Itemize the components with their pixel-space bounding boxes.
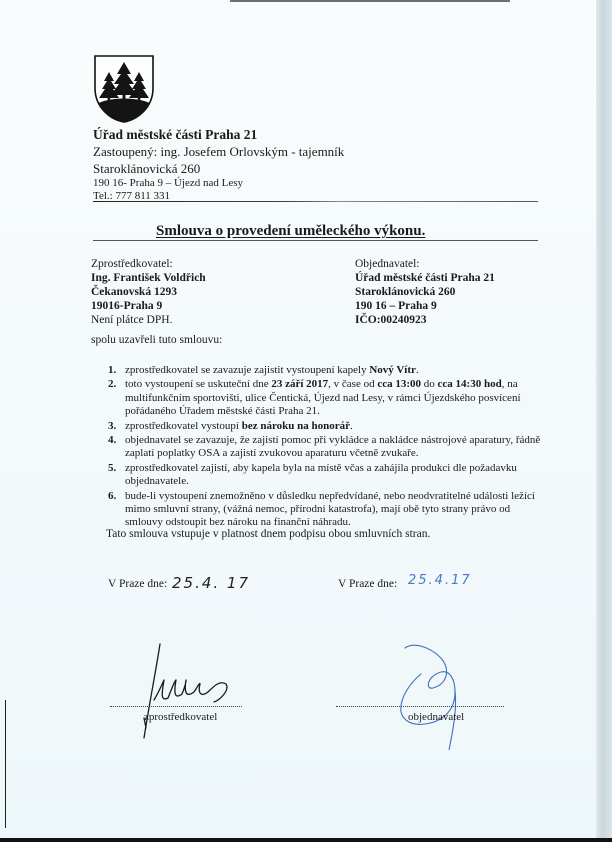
scan-edge-left	[5, 700, 6, 828]
clause-emphasis: cca 13:00	[377, 378, 421, 390]
title-rule	[93, 240, 538, 241]
clause-text: .	[350, 420, 353, 432]
issuer-street: Staroklánovická 260	[93, 161, 200, 177]
clause-item: 4.objednavatel se zavazuje, že zajistí p…	[108, 434, 548, 461]
clause-item: 5.zprostředkovatel zajistí, aby kapela b…	[108, 462, 548, 489]
clause-text: bude-li vystoupení znemožněno v důsledku…	[125, 490, 535, 529]
header-divider	[93, 201, 538, 202]
clause-number: 5.	[108, 462, 116, 475]
clause-number: 3.	[108, 420, 116, 433]
clause-text: zprostředkovatel zajistí, aby kapela byl…	[125, 462, 517, 487]
client-signature-line	[336, 706, 504, 707]
client-ico: IČO:00240923	[355, 313, 495, 327]
client-date-label: V Praze dne:	[338, 578, 397, 590]
clause-number: 2.	[108, 378, 116, 391]
clause-item: 3.zprostředkovatel vystoupí bez nároku n…	[108, 420, 548, 433]
client-city: 190 16 – Praha 9	[355, 299, 495, 313]
party-agent: Zprostředkovatel: Ing. František Voldřic…	[91, 257, 206, 327]
contract-page: Úřad městské části Praha 21 Zastoupený: …	[0, 0, 612, 842]
clause-emphasis: bez nároku na honorář	[242, 420, 350, 432]
contract-title: Smlouva o provedení uměleckého výkonu.	[152, 223, 429, 240]
agent-label: Zprostředkovatel:	[91, 257, 206, 271]
agent-signature-label: zprostředkovatel	[144, 711, 217, 723]
client-signature-icon	[385, 640, 470, 750]
client-street: Staroklánovická 260	[355, 285, 495, 299]
issuer-representative: Zastoupený: ing. Josefem Orlovským - taj…	[93, 144, 344, 160]
clause-text: zprostředkovatel vystoupí	[125, 420, 242, 432]
agent-vat-note: Není plátce DPH.	[91, 313, 206, 327]
party-client: Objednavatel: Úřad městské části Praha 2…	[355, 257, 495, 327]
scan-edge-top	[230, 0, 510, 2]
agent-date-label: V Praze dne:	[108, 578, 167, 590]
agent-signature-icon	[140, 640, 250, 740]
clause-text: do	[421, 378, 438, 390]
client-handwritten-date: 25.4.17	[408, 573, 472, 588]
clause-text: , v čase od	[328, 378, 377, 390]
agent-street: Čekanovská 1293	[91, 285, 206, 299]
scan-edge-right	[596, 0, 612, 842]
clause-item: 2.toto vystoupení se uskuteční dne 23 zá…	[108, 378, 548, 418]
clause-text: toto vystoupení se uskuteční dne	[125, 378, 271, 390]
clause-number: 6.	[108, 490, 116, 503]
clause-emphasis: cca 14:30 hod	[438, 378, 502, 390]
clause-list: 1.zprostředkovatel se zavazuje zajistit …	[108, 364, 548, 531]
agent-signature-line	[110, 706, 242, 707]
validity-statement: Tato smlouva vstupuje v platnost dnem po…	[106, 528, 430, 540]
clause-text: objednavatel se zavazuje, že zajistí pom…	[125, 434, 540, 459]
agent-city: 19016-Praha 9	[91, 299, 206, 313]
clause-item: 6.bude-li vystoupení znemožněno v důsled…	[108, 490, 548, 530]
issuer-city: 190 16- Praha 9 – Újezd nad Lesy	[93, 177, 243, 189]
clause-number: 1.	[108, 364, 116, 377]
clause-item: 1.zprostředkovatel se zavazuje zajistit …	[108, 364, 548, 377]
contract-intro: spolu uzavřeli tuto smlouvu:	[91, 334, 222, 346]
clause-number: 4.	[108, 434, 116, 447]
client-name: Úřad městské části Praha 21	[355, 271, 495, 285]
scan-edge-bottom	[0, 838, 612, 842]
clause-emphasis: 23 září 2017	[271, 378, 328, 390]
clause-text: .	[416, 364, 419, 376]
clause-text: zprostředkovatel se zavazuje zajistit vy…	[125, 364, 369, 376]
issuer-name: Úřad městské části Praha 21	[93, 127, 257, 143]
agent-name: Ing. František Voldřich	[91, 271, 206, 285]
client-signature-label: objednavatel	[408, 711, 464, 723]
coat-of-arms-three-spruces-icon	[93, 54, 155, 124]
clause-emphasis: Nový Vítr	[369, 364, 416, 376]
agent-handwritten-date: 25.4. 17	[172, 574, 250, 592]
client-label: Objednavatel:	[355, 257, 495, 271]
